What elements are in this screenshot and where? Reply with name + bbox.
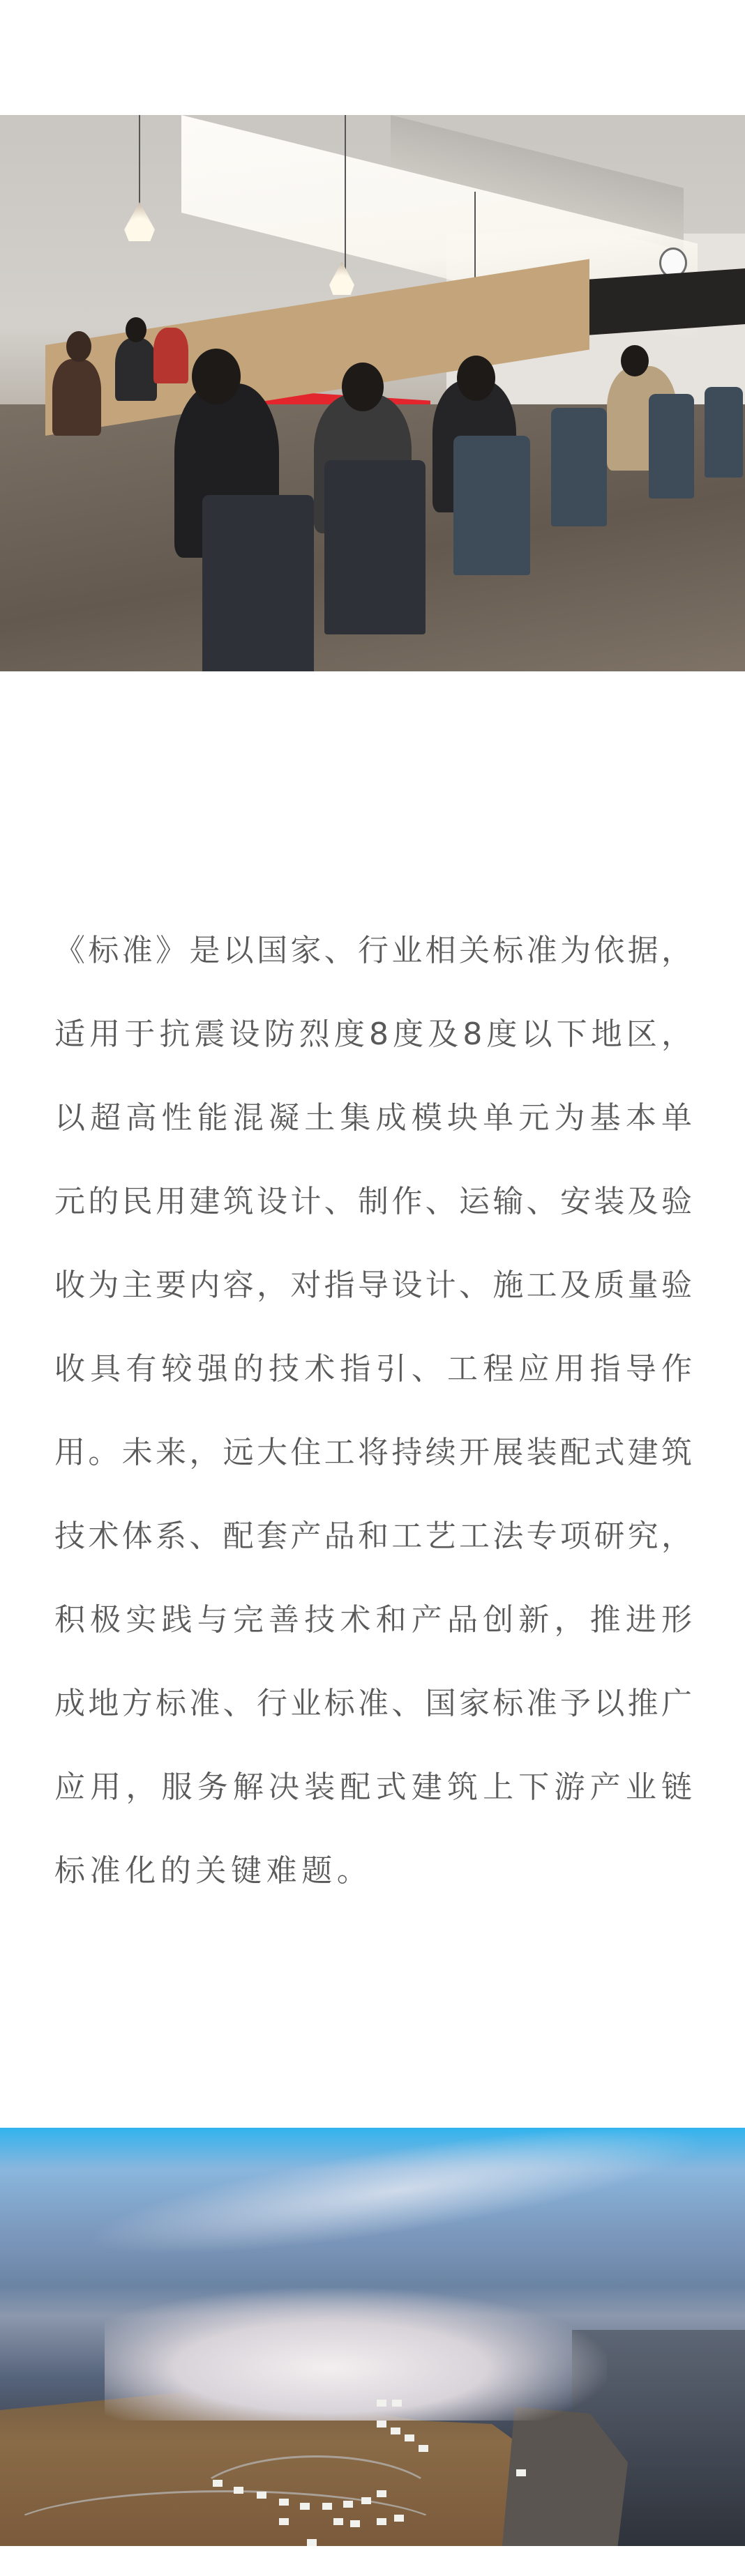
pendant-lamp-icon [124, 202, 155, 241]
modular-cabin [300, 2503, 310, 2510]
modular-cabin [333, 2518, 343, 2525]
meeting-photo: 湖南省工程建设地方标准《超高性能混凝土集成模块建筑技术标准》（送审稿）专家评审会 [0, 115, 745, 671]
modular-cabin [377, 2518, 386, 2525]
modular-cabin [322, 2503, 332, 2510]
mountain-aerial-photo [0, 2128, 745, 2546]
modular-cabin [405, 2434, 414, 2441]
modular-cabin [377, 2421, 386, 2428]
article-line: 技术体系、配套产品和工艺工法专项研究， [54, 1512, 692, 1596]
modular-cabin [516, 2469, 526, 2476]
article-line: 应用，服务解决装配式建筑上下游产业链 [54, 1763, 692, 1847]
attendee-head [126, 317, 146, 342]
modular-cabin [234, 2487, 243, 2494]
attendee [115, 338, 157, 401]
office-chair [649, 394, 694, 498]
modular-cabin [377, 2490, 386, 2497]
article-line: 成地方标准、行业标准、国家标准予以推广 [54, 1679, 692, 1763]
modular-cabin [257, 2492, 266, 2499]
article-line: 适用于抗震设防烈度8度及8度以下地区， [54, 1010, 692, 1094]
article-line: 收为主要内容，对指导设计、施工及质量验 [54, 1261, 692, 1345]
attendee [153, 328, 188, 383]
modular-cabin [419, 2445, 428, 2452]
modular-cabin [361, 2497, 371, 2504]
article-body: 《标准》是以国家、行业相关标准为依据， 适用于抗震设防烈度8度及8度以下地区， … [54, 927, 692, 1930]
attendee-head [457, 356, 495, 401]
article-line: 积极实践与完善技术和产品创新，推进形 [54, 1596, 692, 1679]
article-line: 《标准》是以国家、行业相关标准为依据， [54, 927, 692, 1010]
pendant-lamp-icon [329, 261, 354, 295]
article-line: 标准化的关键难题。 [54, 1847, 692, 1930]
attendee-head [342, 363, 384, 411]
article-line: 收具有较强的技术指引、工程应用指导作 [54, 1345, 692, 1428]
modular-cabin [279, 2499, 289, 2506]
attendee-head [621, 345, 649, 376]
office-chair [324, 460, 426, 634]
modular-cabin [394, 2515, 404, 2522]
modular-cabin [213, 2480, 223, 2487]
modular-cabin [392, 2400, 402, 2407]
office-chair [705, 387, 743, 478]
attendee-head [66, 331, 91, 362]
pendant-cord [139, 115, 140, 213]
cloud-bank [105, 2288, 607, 2421]
pendant-cord [345, 115, 346, 275]
modular-cabin [377, 2400, 386, 2407]
modular-cabin [350, 2520, 360, 2527]
office-chair [551, 408, 607, 526]
modular-cabin [279, 2518, 289, 2525]
office-chair [202, 495, 314, 671]
article-line: 以超高性能混凝土集成模块单元为基本单 [54, 1094, 692, 1178]
modular-cabin [307, 2539, 317, 2546]
office-chair [453, 436, 530, 575]
article-line: 用。未来，远大住工将持续开展装配式建筑 [54, 1428, 692, 1512]
cloud-streak [81, 2128, 714, 2281]
modular-cabin [391, 2428, 400, 2434]
modular-cabin [343, 2501, 353, 2508]
attendee [52, 359, 101, 436]
attendee-head [192, 349, 241, 404]
article-line: 元的民用建筑设计、制作、运输、安装及验 [54, 1178, 692, 1261]
